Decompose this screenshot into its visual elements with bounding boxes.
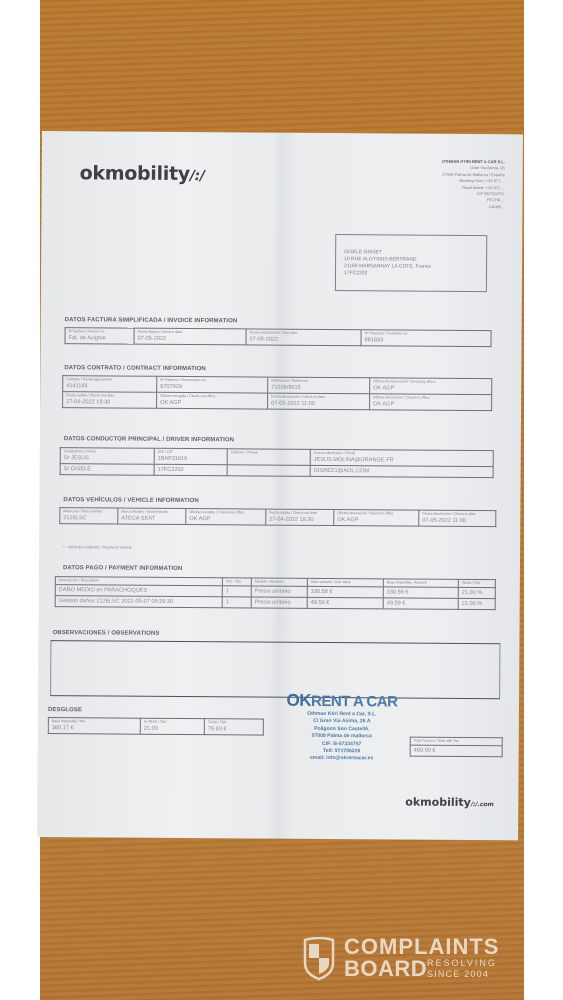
reference: 71036/9015 (271, 384, 366, 393)
okmobility-footer-logo: okmobility/:/.com (405, 796, 494, 810)
table-row: Base Imponible / Net380.17 € % TASA / TA… (48, 718, 263, 736)
okmobility-logo: okmobility/:/ (80, 162, 205, 185)
net-amount: 380.17 € (52, 724, 137, 733)
line-tax: 21.00 % (462, 600, 492, 608)
line-amount: 49.59 € (387, 599, 455, 607)
column-header: Base imponible / Amount (387, 580, 455, 585)
table-row: 460.00 € (410, 745, 502, 757)
company-header: OTHMAN KTIRI RENT A CAR S.L. Gran Via As… (394, 158, 504, 210)
line-measure: Precio unitario (255, 587, 304, 595)
line-unit-value: 330.58 € (311, 588, 380, 596)
table-row: Sr GISELE 17FC2202 GISREZ1@AOL.COM (60, 464, 493, 478)
checkout-office: OK AGP (189, 515, 262, 524)
line-description: DAÑO MEDIO en PARACHOQUES (59, 586, 219, 595)
logo-text: okmobility (405, 796, 471, 809)
breakdown-table: Base Imponible / Net380.17 € % TASA / TA… (48, 717, 264, 736)
watermark-line: SINCE 2004 (427, 969, 489, 979)
payment-info-table: Descripción / Description Ctd. / Qty Med… (55, 576, 496, 610)
line-description: Gestion daños 2126LSC 2022-05-07 09:26:3… (59, 597, 219, 606)
stamp-brand-text: RENT A CAR (311, 693, 398, 711)
tax-percent: 21.00 (144, 725, 201, 733)
total-amount: 460.00 € (414, 747, 499, 756)
customer-number: 981693 (365, 336, 488, 345)
checkout-date: 27-04-2022 19:30 (66, 398, 153, 407)
line-tax: 21.00 % (462, 589, 492, 597)
column-header: Descripción / Description (59, 578, 219, 584)
line-measure: Precio unitario (255, 598, 304, 606)
company-stamp: OKRENT A CAR Othman Ktiri Rent a Car, S.… (276, 693, 408, 764)
observations-text (51, 641, 499, 644)
column-header: Valor unitario / Unit Value (311, 580, 380, 585)
stamp-line: email: info@okrentacar.es (276, 755, 408, 763)
line-amount: 330.58 € (387, 588, 455, 596)
column-header: Ctd. / Qty (226, 579, 248, 584)
checkout-date: 27-04-2022 19:30 (269, 516, 330, 524)
brand-model: ATECA SEAT (121, 515, 182, 523)
tax-amount: 79.83 € (208, 725, 260, 733)
checkin-office: OK AGP (337, 516, 415, 525)
invoice-info-table: Nº factura / Invoice no:Fdt. de Avignar … (65, 327, 492, 347)
table-row: Fecha salida / Check-out date:27-04-2022… (63, 392, 492, 411)
total-table: Total Factura / Total with Tax 460.00 € (410, 737, 503, 758)
invoice-date: 07-05-2022 (138, 335, 243, 344)
watermark-line: RESOLVING (427, 958, 497, 968)
checkin-date: 07-05-2022 11:00 (271, 400, 366, 409)
checkout-office: OK AGP (160, 399, 264, 408)
invoicing-office: OK AGP (373, 384, 488, 393)
recipient-address-box: GISELE GISSET 10 RUE ALOYSIUS BERTRAND 2… (335, 234, 487, 292)
complaints-board-watermark: COMPLAINTS BOARD RESOLVING SINCE 2004 (302, 935, 518, 991)
column-header: Medida / Measure (255, 579, 304, 584)
line-qty: 1 (226, 587, 248, 595)
rental-agreement: 4141184 (66, 382, 153, 391)
recipient-line: 17FC2202 (344, 270, 478, 278)
contract-info-table: Contrato / Rental agreement4141184 Nº Re… (62, 375, 492, 411)
logo-mark-icon: /:/.com (471, 801, 494, 808)
driver-name: Sr JESUS (64, 454, 151, 463)
checkin-office: OK AGP (373, 400, 488, 409)
ok-logo-icon: OK (287, 691, 312, 710)
observations-box (50, 640, 500, 699)
breakdown-title: DESGLOSE (48, 707, 82, 713)
observations-title: OBSERVACIONES / OBSERVATIONS (52, 630, 159, 637)
shield-icon (302, 937, 336, 981)
logo-text: okmobility (80, 162, 190, 185)
column-header: Teléfono / Phone (231, 450, 307, 456)
contract-info-title: DATOS CONTRATO / CONTRACT INFORMATION (64, 365, 206, 372)
total-label: Total Factura / Total with Tax (414, 739, 499, 745)
driver-email: GISREZ1@AOL.COM (314, 467, 490, 476)
vehicle-info-table: Matrícula / Plate number2126LSC Marca Mo… (59, 507, 496, 527)
column-header: TASA / TAX (462, 581, 492, 586)
logo-mark-icon: /:/ (190, 168, 205, 184)
invoice-document: okmobility/:/ OTHMAN KTIRI RENT A CAR S.… (37, 131, 523, 840)
table-row: Matrícula / Plate number2126LSC Marca Mo… (60, 508, 496, 527)
watermark-line: BOARD (344, 957, 427, 981)
due-date: 07-05-2022 (250, 335, 358, 344)
payment-info-title: DATOS PAGO / PAYMENT INFORMATION (63, 565, 182, 572)
driver-id: 1BAF31616 (158, 455, 224, 463)
plate-number: 2126LSC (63, 514, 114, 522)
invoice-number: Fdt. de Avignar (69, 334, 131, 342)
line-unit-value: 49.59 € (311, 599, 380, 607)
replaced-vehicle-footnote: * - Vehículo sustituido / Replaced vehic… (63, 545, 132, 549)
driver-info-title: DATOS CONDUCTOR PRINCIPAL / DRIVER INFOR… (64, 436, 234, 443)
checkin-date: 07-05-2022 11:00 (422, 517, 492, 525)
company-line: CA000... (394, 203, 504, 210)
line-qty: 1 (226, 598, 248, 606)
driver-phone (231, 466, 307, 467)
driver-email: JESUS.MOLINA@ORANGE.FR (314, 456, 490, 465)
invoice-info-title: DATOS FACTURA SIMPLIFICADA / INVOICE INF… (65, 317, 238, 324)
driver-name: Sr GISELE (64, 465, 151, 474)
driver-id: 17FC2202 (158, 466, 224, 474)
reservation-number: 6707929 (160, 383, 264, 392)
driver-info-table: Conductor/a / DriverSr JESUS DNI / CIF1B… (60, 447, 494, 478)
vehicle-info-title: DATOS VEHÍCULOS / VEHICLE INFORMATION (63, 497, 198, 504)
rent-a-car-logo: OKRENT A CAR (276, 693, 408, 710)
table-row: Gestion daños 2126LSC 2022-05-07 09:26:3… (55, 596, 495, 610)
